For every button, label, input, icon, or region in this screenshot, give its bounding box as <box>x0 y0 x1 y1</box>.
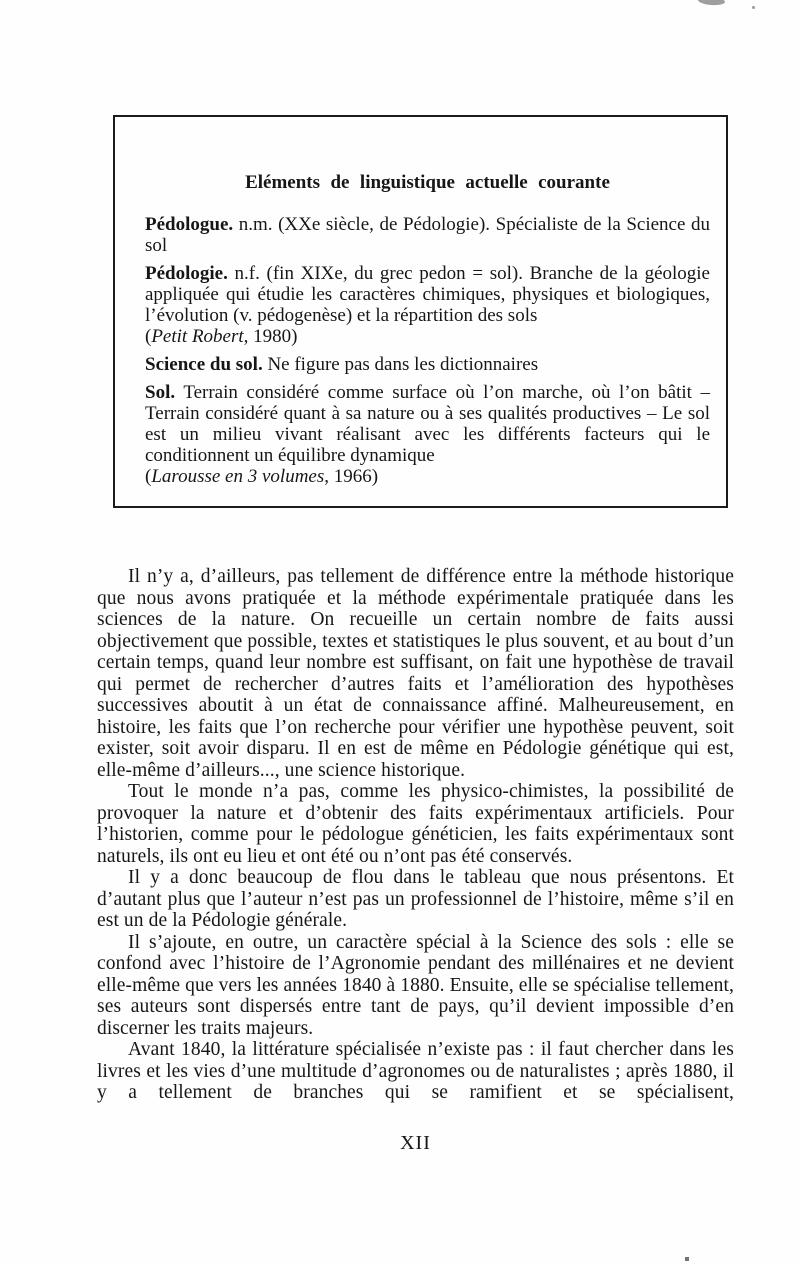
entry-body: n.f. (fin XIXe, du grec pedon = sol). Br… <box>145 263 710 326</box>
dictionary-entry-sol: Sol. Terrain considéré comme surface où … <box>145 382 710 487</box>
source-year: , 1966) <box>324 466 378 487</box>
dictionary-entry-science-du-sol: Science du sol. Ne figure pas dans les d… <box>145 354 710 375</box>
entry-source: (Petit Robert, 1980) <box>145 326 710 347</box>
entry-text: Pédologue. n.m. (XXe siècle, de Pédologi… <box>145 214 710 256</box>
body-paragraph-1: Il n’y a, d’ailleurs, pas tellement de d… <box>97 566 734 781</box>
entry-body: Terrain considéré comme surface où l’on … <box>145 382 710 466</box>
entry-term: Pédologue. <box>145 214 233 235</box>
source-year: , 1980) <box>244 326 298 347</box>
scanned-page: Eléments de linguistique actuelle couran… <box>0 0 800 1266</box>
page-body: Il n’y a, d’ailleurs, pas tellement de d… <box>97 566 734 1104</box>
page-number: XII <box>97 1132 734 1155</box>
entry-text: Science du sol. Ne figure pas dans les d… <box>145 354 710 375</box>
scan-speck-icon <box>752 6 755 9</box>
body-paragraph-4: Il s’ajoute, en outre, un caractère spéc… <box>97 932 734 1040</box>
body-paragraph-2: Tout le monde n’a pas, comme les physico… <box>97 781 734 867</box>
entry-term: Science du sol. <box>145 354 263 375</box>
body-paragraph-5: Avant 1840, la littérature spécialisée n… <box>97 1039 734 1104</box>
dictionary-entry-pedologue: Pédologue. n.m. (XXe siècle, de Pédologi… <box>145 214 710 256</box>
entry-source: (Larousse en 3 volumes, 1966) <box>145 466 710 487</box>
entry-body: Ne figure pas dans les dictionnaires <box>267 354 538 375</box>
source-title: Larousse en 3 volumes <box>151 466 324 487</box>
entry-text: Sol. Terrain considéré comme surface où … <box>145 382 710 466</box>
body-paragraph-3: Il y a donc beaucoup de flou dans le tab… <box>97 867 734 932</box>
source-title: Petit Robert <box>151 326 243 347</box>
entry-term: Pédologie. <box>145 263 228 284</box>
definition-box-title: Eléments de linguistique actuelle couran… <box>145 172 710 194</box>
definition-box: Eléments de linguistique actuelle couran… <box>113 115 728 508</box>
entry-text: Pédologie. n.f. (fin XIXe, du grec pedon… <box>145 263 710 326</box>
dictionary-entry-pedologie: Pédologie. n.f. (fin XIXe, du grec pedon… <box>145 263 710 347</box>
scan-speck-icon <box>685 1257 689 1261</box>
scan-smudge-icon <box>698 0 725 6</box>
entry-term: Sol. <box>145 382 175 403</box>
